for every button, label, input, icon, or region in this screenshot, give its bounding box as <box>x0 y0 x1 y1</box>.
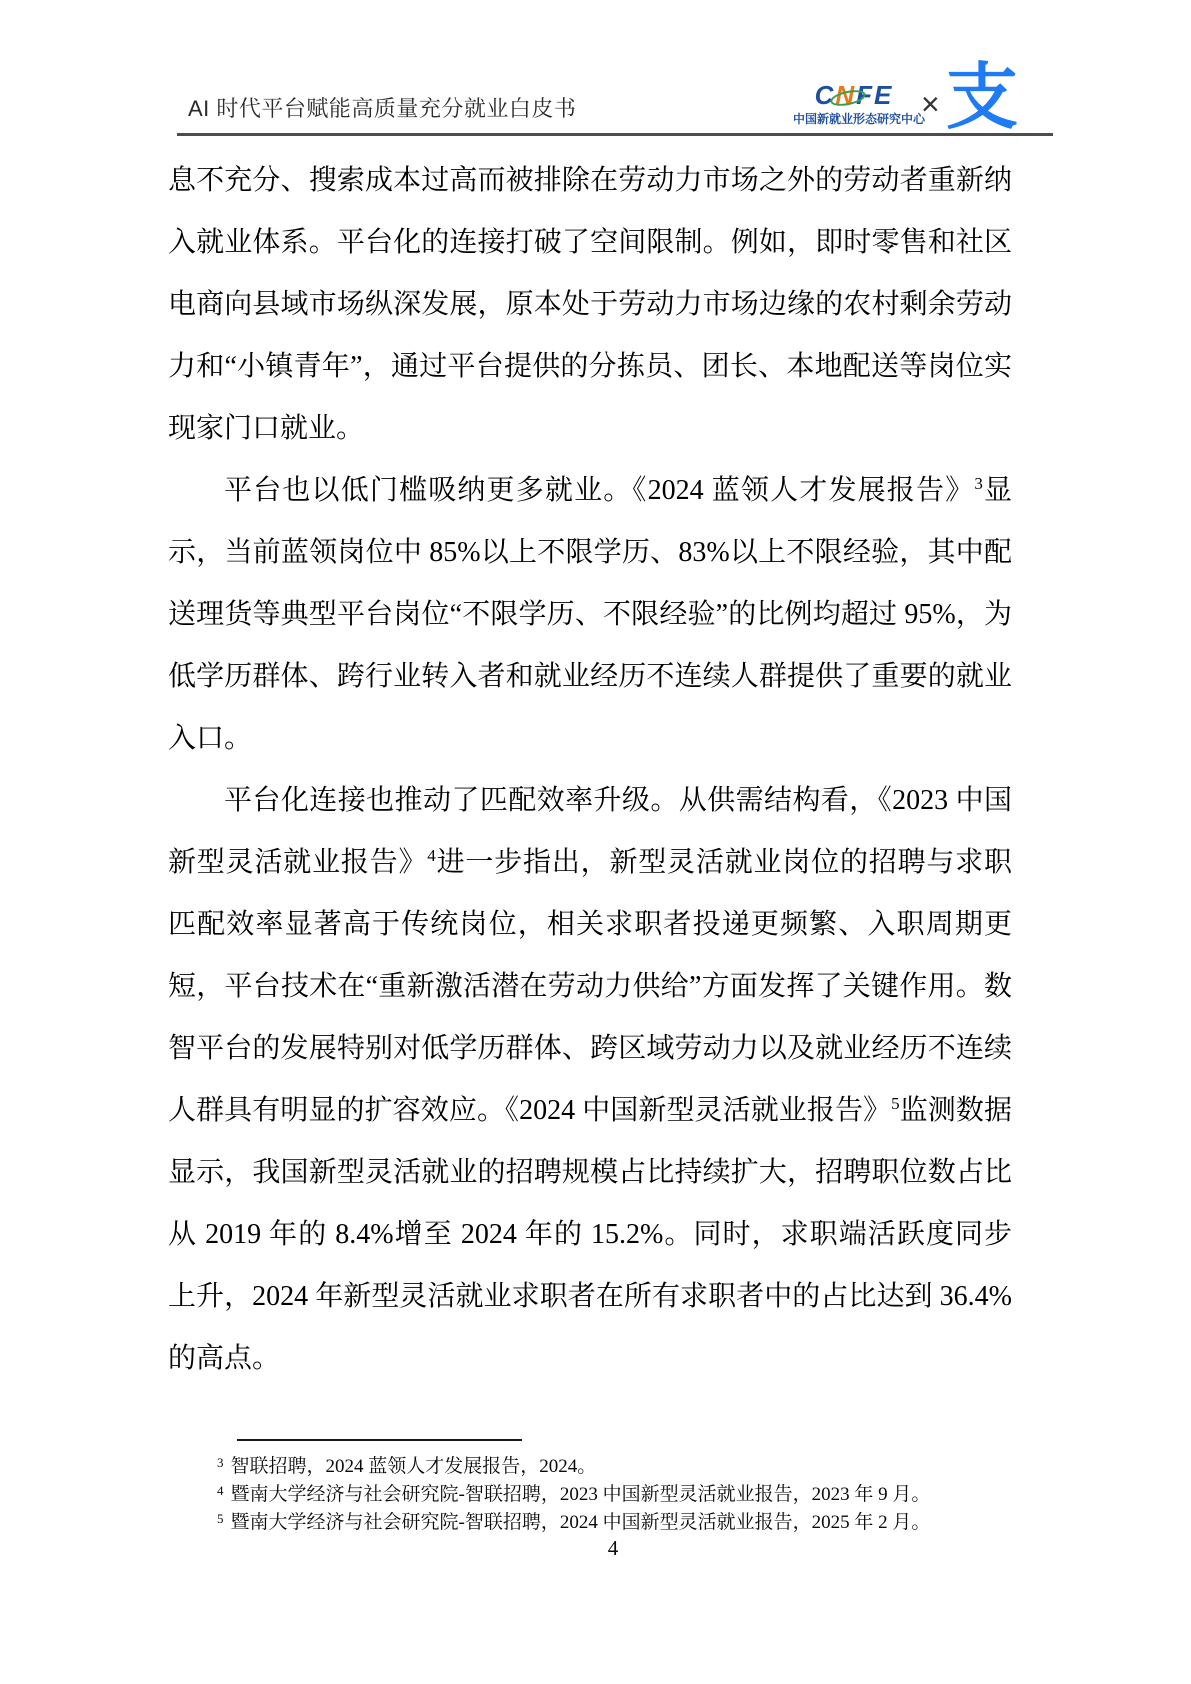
cnfe-letter-n-glyph: N <box>835 80 856 110</box>
body-text: 息不充分、搜索成本过高而被排除在劳动力市场之外的劳动者重新纳入就业体系。平台化的… <box>168 150 1012 1390</box>
footnote-separator-rule <box>237 1439 522 1441</box>
header-rule <box>177 133 1053 136</box>
paragraph-3-text-3: 监测数据显示，我国新型灵活就业的招聘规模占比持续扩大，招聘职位数占比从 2019… <box>168 1095 1012 1374</box>
cnfe-letter-c: C <box>815 80 836 110</box>
footnote-5-text: 暨南大学经济与社会研究院-智联招聘，2024 中国新型灵活就业报告，2025 年… <box>231 1512 931 1533</box>
paragraph-1: 息不充分、搜索成本过高而被排除在劳动力市场之外的劳动者重新纳入就业体系。平台化的… <box>168 150 1012 460</box>
paragraph-1-text: 息不充分、搜索成本过高而被排除在劳动力市场之外的劳动者重新纳入就业体系。平台化的… <box>168 165 1012 444</box>
paragraph-2-text-1: 平台也以低门槛吸纳更多就业。《2024 蓝领人才发展报告》 <box>224 475 974 506</box>
footnote-3-text: 智联招聘，2024 蓝领人才发展报告，2024。 <box>231 1456 597 1477</box>
footnote-4-text: 暨南大学经济与社会研究院-智联招聘，2023 中国新型灵活就业报告，2023 年… <box>231 1484 931 1505</box>
footnote-5: 5暨南大学经济与社会研究院-智联招聘，2024 中国新型灵活就业报告，2025 … <box>168 1509 1038 1537</box>
collaboration-x-icon: × <box>921 88 940 120</box>
footnote-4: 4暨南大学经济与社会研究院-智联招聘，2023 中国新型灵活就业报告，2023 … <box>168 1481 1038 1509</box>
footnote-3: 3智联招聘，2024 蓝领人才发展报告，2024。 <box>168 1453 1038 1481</box>
header-title: AI 时代平台赋能高质量充分就业白皮书 <box>188 97 576 121</box>
paragraph-3-text-2: 进一步指出，新型灵活就业岗位的招聘与求职匹配效率显著高于传统岗位，相关求职者投递… <box>168 847 1012 1126</box>
page-number: 4 <box>168 1536 1058 1560</box>
footnote-ref-3: 3 <box>974 474 983 493</box>
paragraph-3: 平台化连接也推动了匹配效率升级。从供需结构看，《2023 中国新型灵活就业报告》… <box>168 770 1012 1390</box>
footnotes-section: 3智联招聘，2024 蓝领人才发展报告，2024。 4暨南大学经济与社会研究院-… <box>168 1439 1038 1537</box>
footnote-3-number: 3 <box>217 1455 224 1470</box>
footnote-4-number: 4 <box>217 1483 224 1498</box>
alipay-logo-icon: 支 <box>946 60 1018 136</box>
cnfe-letter-n: N <box>835 84 856 106</box>
cnfe-logo-subtitle: 中国新就业形态研究中心 <box>793 113 915 126</box>
paragraph-2: 平台也以低门槛吸纳更多就业。《2024 蓝领人才发展报告》3显示，当前蓝领岗位中… <box>168 460 1012 770</box>
cnfe-letters-fe: FE <box>856 80 893 110</box>
cnfe-logo-letters: CNFE <box>815 84 894 106</box>
paragraph-2-text-2: 显示，当前蓝领岗位中 85%以上不限学历、83%以上不限经验，其中配送理货等典型… <box>168 475 1012 754</box>
document-page: AI 时代平台赋能高质量充分就业白皮书 CNFE 中国新就业形态研究中心 × 支… <box>0 0 1191 1684</box>
footnote-ref-4: 4 <box>427 846 436 865</box>
cnfe-logo: CNFE 中国新就业形态研究中心 <box>793 84 915 126</box>
footnote-ref-5: 5 <box>891 1094 900 1113</box>
footnote-5-number: 5 <box>217 1511 224 1526</box>
